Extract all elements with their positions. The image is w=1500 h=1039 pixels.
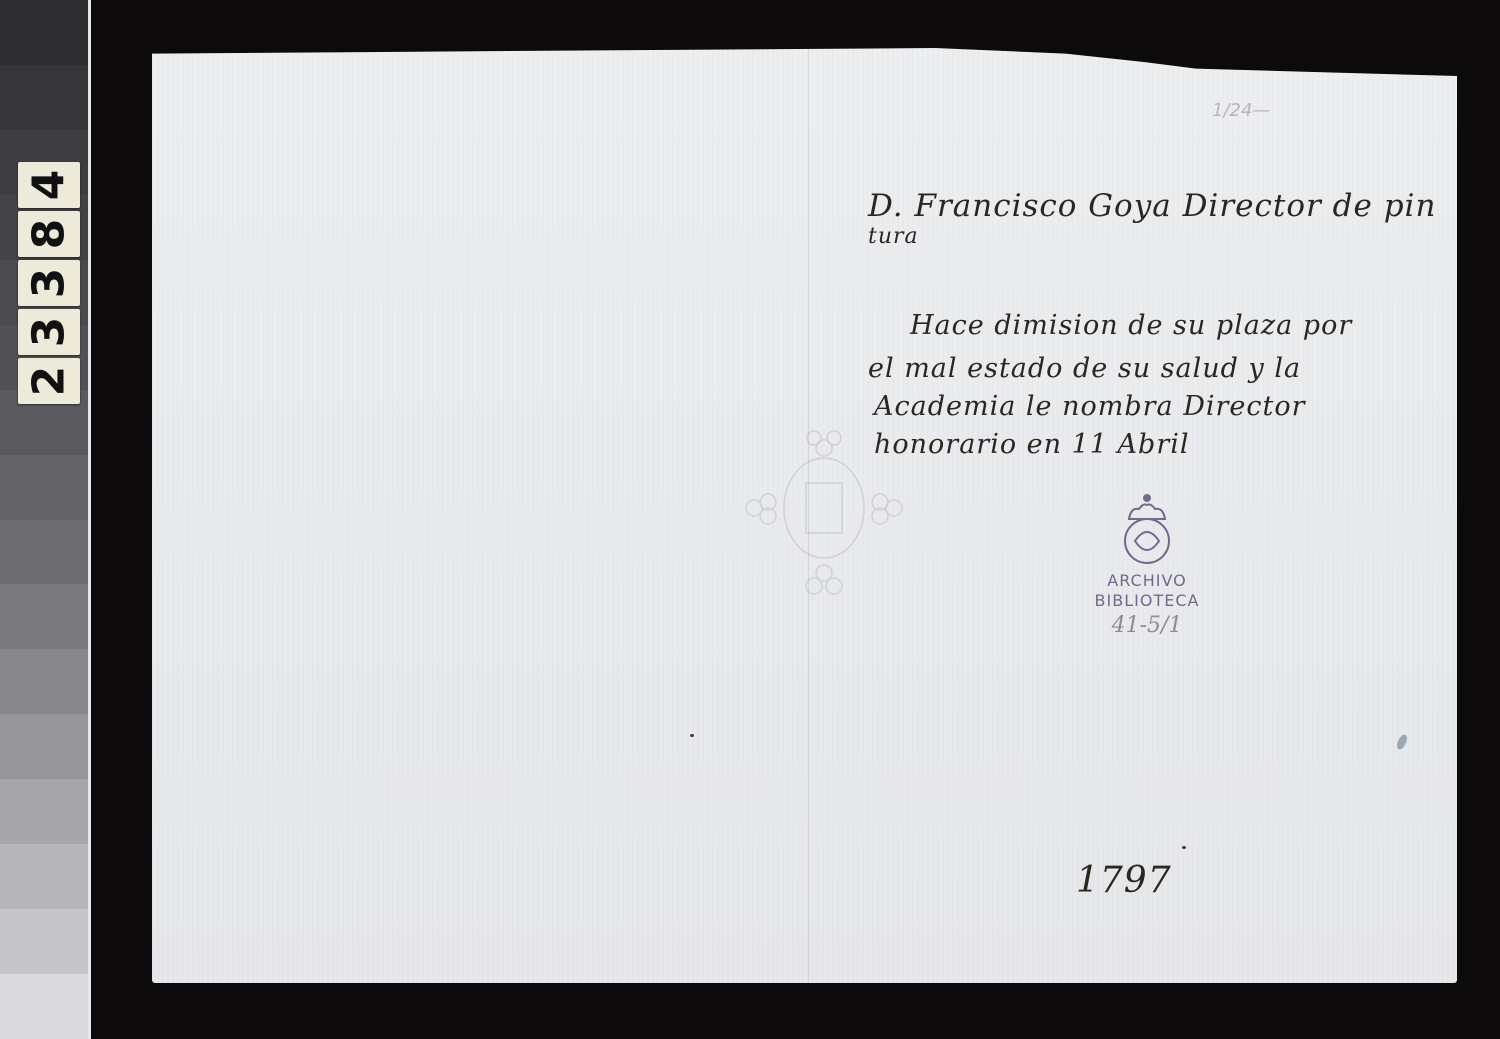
- body-line: Academia le nombra Director: [874, 391, 1306, 422]
- stamp-line-biblioteca: BIBLIOTECA: [1092, 591, 1202, 611]
- grayscale-calibration-strip: [0, 0, 88, 1039]
- call-number-tile: 3: [18, 309, 80, 355]
- call-number-tile: 2: [18, 358, 80, 404]
- addressee-line-continued: tura: [868, 224, 919, 249]
- addressee-line: D. Francisco Goya Director de pin: [868, 188, 1436, 224]
- body-line: el mal estado de su salud y la: [868, 353, 1301, 384]
- body-line: Hace dimision de su plaza por: [910, 310, 1352, 341]
- grayscale-step: [0, 0, 88, 65]
- grayscale-step: [0, 714, 88, 779]
- grayscale-step: [0, 455, 88, 520]
- body-line: honorario en 11 Abril: [874, 429, 1190, 460]
- grayscale-step: [0, 649, 88, 714]
- strip-edge: [88, 0, 91, 1039]
- pencil-annotation: 1/24—: [1212, 100, 1270, 121]
- paper-speck: [1182, 846, 1186, 849]
- document-year: 1797: [1076, 860, 1172, 901]
- paper-speck: [690, 734, 694, 737]
- grayscale-step: [0, 520, 88, 585]
- grayscale-step: [0, 974, 88, 1039]
- ink-stain: [1395, 733, 1409, 751]
- call-number-tile: 4: [18, 162, 80, 208]
- call-number-tile: 3: [18, 260, 80, 306]
- grayscale-step: [0, 584, 88, 649]
- grayscale-step: [0, 844, 88, 909]
- shelf-mark: 41-5/1: [1092, 613, 1202, 638]
- stamp-line-archivo: ARCHIVO: [1092, 571, 1202, 591]
- archive-library-stamp: ARCHIVO BIBLIOTECA 41-5/1: [1092, 493, 1202, 638]
- crown-crest-icon: [1117, 493, 1177, 571]
- grayscale-step: [0, 779, 88, 844]
- call-number-tiles: 4 8 3 3 2: [18, 162, 82, 404]
- call-number-tile: 8: [18, 211, 80, 257]
- grayscale-step: [0, 909, 88, 974]
- grayscale-step: [0, 65, 88, 130]
- manuscript-sheet: 1/24— D. Francisco Goya Director de pin …: [152, 48, 1457, 983]
